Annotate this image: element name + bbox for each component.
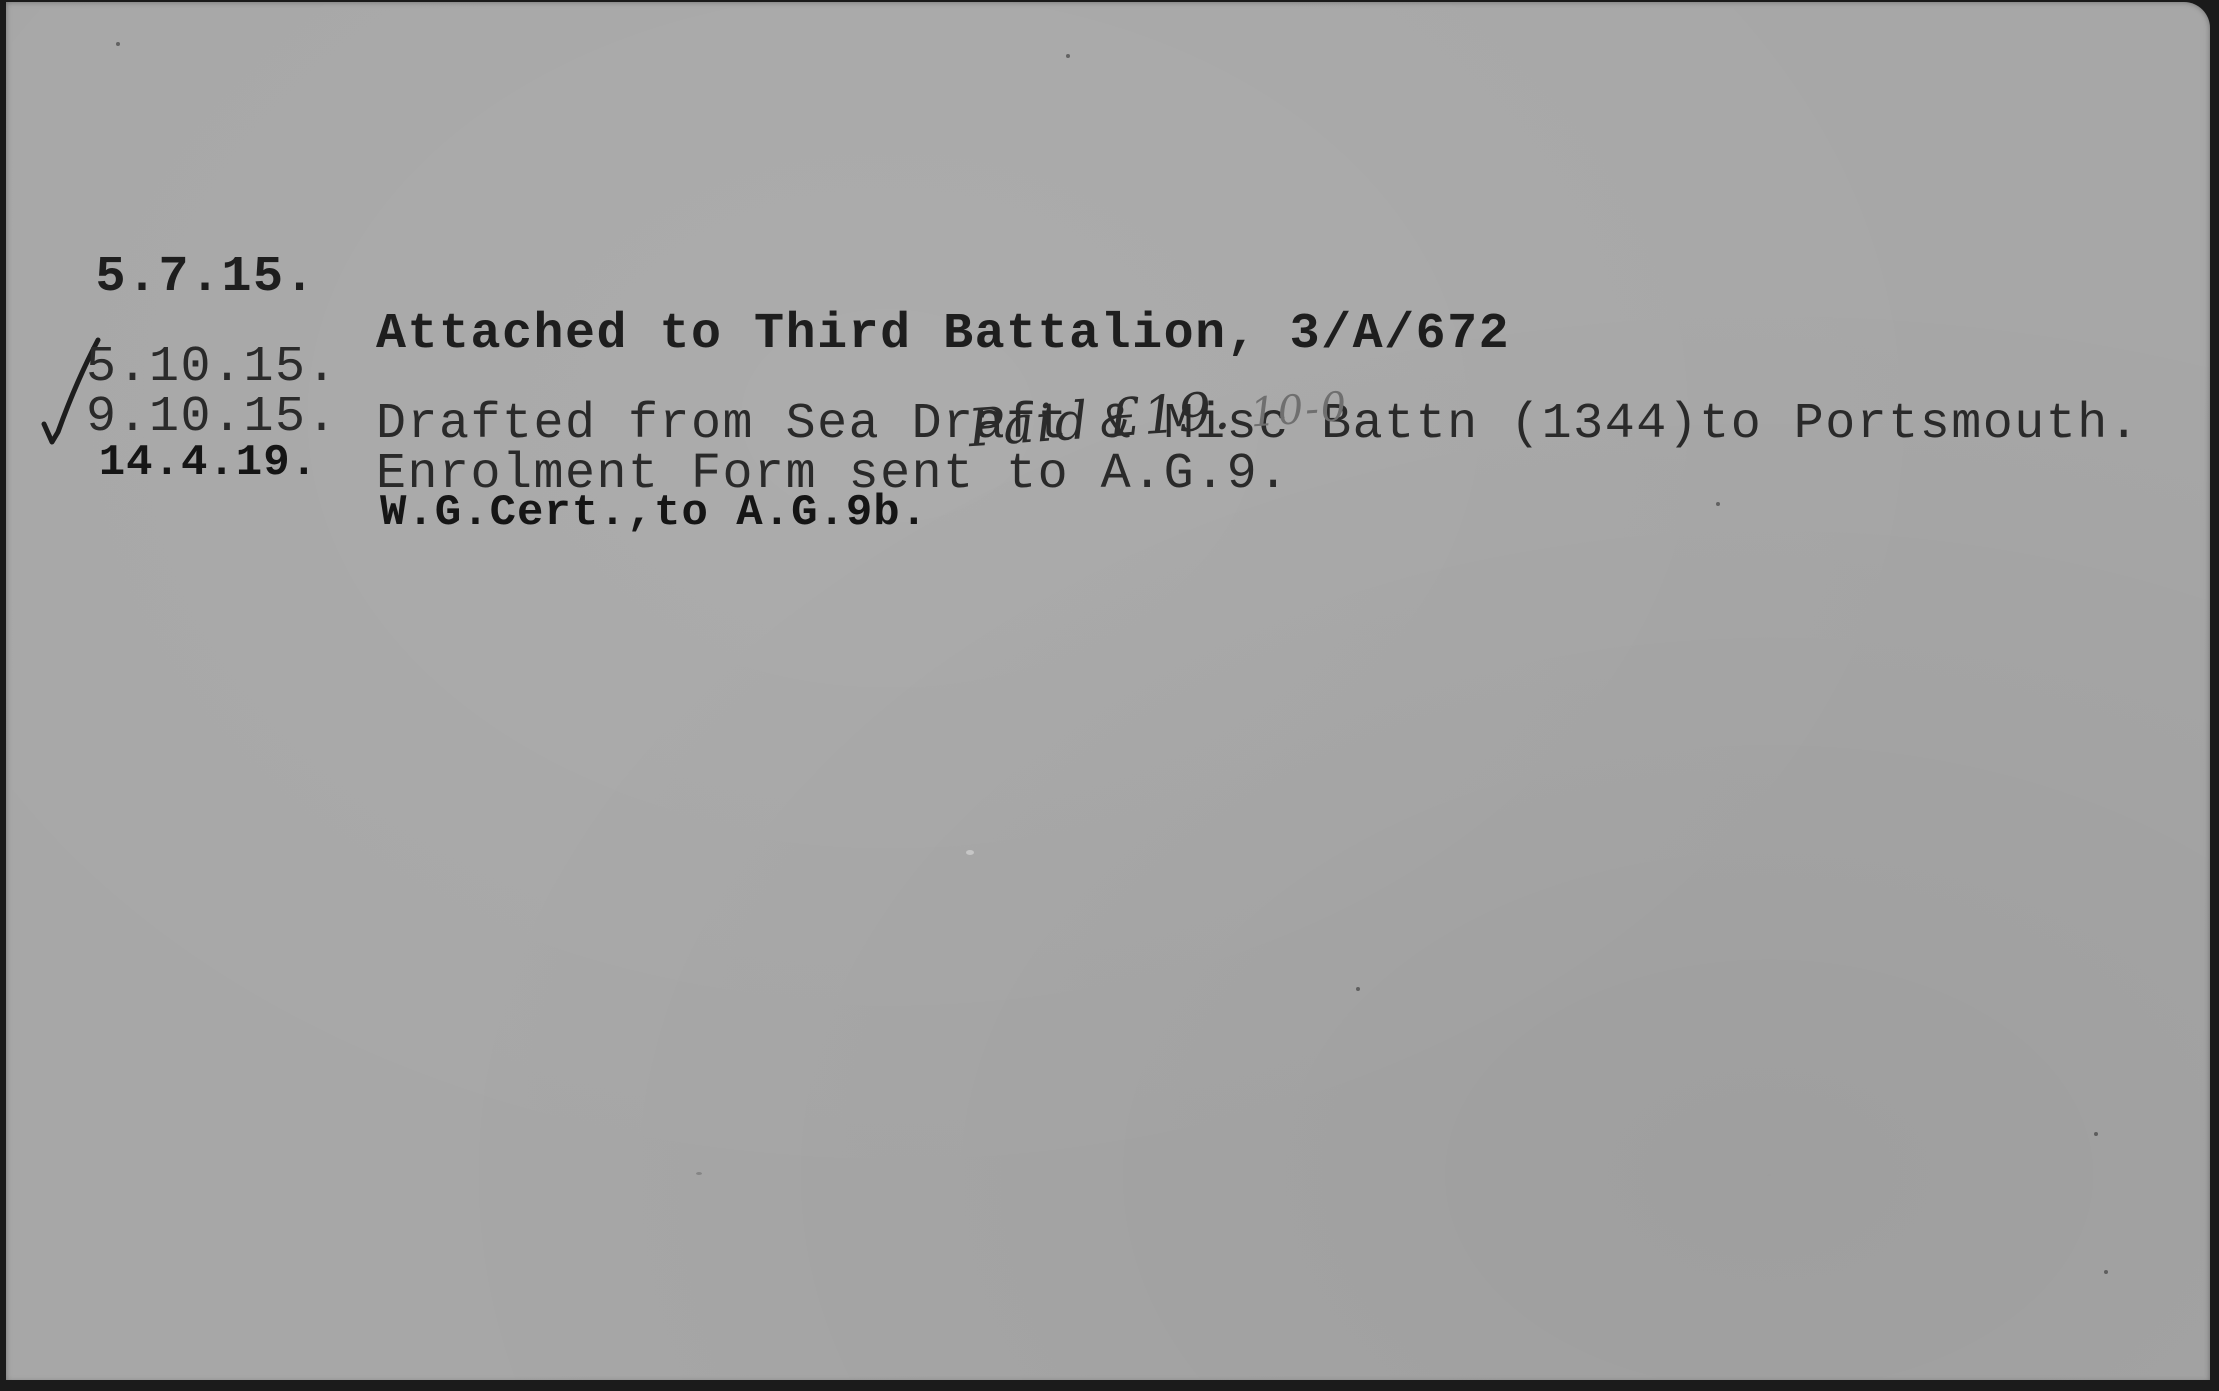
paper-speck <box>2104 1270 2108 1274</box>
scan-border <box>0 1380 2219 1391</box>
paper-speck <box>1066 54 1070 58</box>
paper-speck <box>1716 502 1720 506</box>
paper-speck <box>1356 987 1360 991</box>
paper-speck <box>966 850 974 855</box>
entry-text: Attached to Third Battalion, 3/A/672 <box>376 306 1510 363</box>
handwritten-note-faint: 10-0 <box>1249 384 1350 437</box>
paper-speck <box>116 42 120 46</box>
record-entry: 14.4.19. W.G.Cert.,to A.G.9b. <box>86 388 196 588</box>
entry-date: 14.4.19. <box>86 438 318 488</box>
record-card: 5.7.15. Attached to Third Battalion, 3/A… <box>6 2 2210 1382</box>
entry-text: W.G.Cert.,to A.G.9b. <box>380 488 928 538</box>
paper-speck <box>696 1172 702 1175</box>
paper-speck <box>2094 1132 2098 1136</box>
